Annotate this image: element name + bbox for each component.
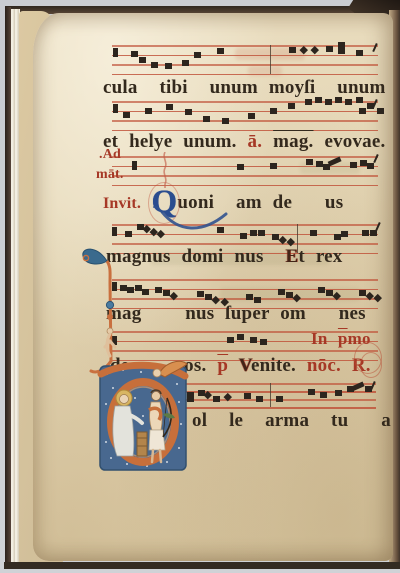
divider-bar: [270, 383, 271, 407]
neume-square: [203, 116, 210, 122]
neume-square: [182, 60, 189, 66]
neume-square: [185, 109, 192, 115]
rubric-text: In: [311, 329, 338, 348]
rubric-text: ā.: [248, 131, 263, 152]
staff-line: [112, 166, 378, 168]
neume-square: [360, 160, 367, 166]
neume-square: [123, 112, 130, 118]
clef-mark: [132, 166, 137, 171]
neume-square: [338, 48, 345, 54]
chant-text: V: [239, 355, 251, 376]
neume-square: [217, 48, 224, 54]
neume-square: [377, 108, 384, 114]
chant-text: t rex: [298, 246, 342, 267]
neume-diamond: [293, 294, 301, 302]
neume-square: [125, 231, 132, 237]
chant-line-5: mag nus ſuper om nes: [106, 304, 366, 325]
neume-square: [270, 163, 277, 169]
staff-line: [112, 74, 378, 76]
staff-line: [112, 243, 378, 245]
music-staff: [112, 45, 378, 76]
neume-square: [166, 104, 173, 110]
neume-diamond: [287, 238, 295, 246]
neume-square: [237, 164, 244, 170]
neume-square: [240, 233, 247, 239]
neume-square: [254, 297, 261, 303]
neume-square: [142, 289, 149, 295]
historiated-initial-T: [97, 358, 189, 478]
rubric-text: p: [217, 355, 228, 376]
staff-line: [112, 55, 378, 57]
neume-square: [155, 287, 162, 293]
margin-rubric-mat: māt.: [96, 167, 124, 182]
neume-square: [260, 339, 267, 345]
neume-square: [278, 289, 285, 295]
neume-square: [127, 287, 134, 293]
chant-text: cula tibi unum moyſi unum: [103, 77, 386, 98]
divider-bar: [270, 45, 271, 74]
neume-square: [276, 396, 283, 402]
music-staff: [112, 101, 378, 132]
rubric-text: .Ad: [99, 147, 121, 162]
neume-square: [227, 337, 234, 343]
neume-square: [250, 337, 257, 343]
neume-oblique: [328, 156, 342, 165]
neume-square: [308, 389, 315, 395]
neume-square: [213, 396, 220, 402]
staff-line: [112, 279, 378, 281]
chant-line-2: et helye unum. ā. mag. evovae.: [103, 132, 385, 153]
rubric-text: nōc.: [307, 355, 352, 376]
neume-square: [222, 118, 229, 124]
rubric-text: Invit.: [103, 195, 151, 212]
neume-square: [246, 294, 253, 300]
neume-square: [289, 47, 296, 53]
custos-tick: [370, 381, 375, 390]
chant-text: mag.: [273, 131, 313, 152]
neume-square: [318, 287, 325, 293]
neume-square: [306, 159, 313, 165]
neume-square: [248, 113, 255, 119]
neume-square: [305, 99, 312, 105]
neume-square: [145, 108, 152, 114]
staff-line: [186, 407, 376, 409]
manuscript-content-layer: cula tibi unum moyſi unumet helye unum. …: [0, 0, 400, 573]
clef-mark: [113, 53, 118, 58]
neume-square: [341, 231, 348, 237]
chant-text: ol le arma tu a: [192, 410, 391, 431]
neume-square: [334, 234, 341, 240]
neume-square: [258, 230, 265, 236]
neume-square: [325, 99, 332, 105]
altar-tree: [137, 432, 147, 456]
neume-square: [335, 390, 342, 396]
neume-square: [151, 62, 158, 68]
clef-mark: [113, 109, 118, 114]
chant-text: evovae.: [314, 131, 386, 152]
neume-square: [326, 46, 333, 52]
neume-square: [367, 163, 374, 169]
chant-text: mag nus ſuper om nes: [106, 303, 366, 324]
neume-square: [356, 50, 363, 56]
neume-square: [165, 63, 172, 69]
neume-square: [316, 161, 323, 167]
neume-square: [139, 57, 146, 63]
rubric-text: māt.: [96, 167, 124, 182]
chant-text: et helye unum.: [103, 131, 248, 152]
neume-square: [270, 108, 277, 114]
neume-square: [244, 393, 251, 399]
staff-line: [112, 175, 378, 177]
music-staff: [112, 156, 378, 187]
music-staff: [186, 383, 376, 409]
chant-line-7: ol le arma tu a: [192, 411, 391, 432]
staff-line: [112, 350, 378, 352]
neume-square: [350, 162, 357, 168]
neume-square: [197, 291, 204, 297]
neume-diamond: [300, 46, 308, 54]
angel-head: [153, 369, 161, 377]
initial-q-pen-flourish: [150, 206, 230, 240]
neume-square: [345, 99, 352, 105]
neume-square: [194, 52, 201, 58]
chant-text: enite.: [251, 355, 307, 376]
neume-square: [288, 103, 295, 109]
chant-line-1: cula tibi unum moyſi unum: [103, 78, 386, 99]
chant-text: magnus domi nus: [106, 246, 285, 267]
neume-square: [131, 51, 138, 57]
neume-square: [135, 285, 142, 291]
penwork-circle-ornament: [360, 352, 382, 378]
staff-line: [186, 383, 376, 385]
neume-diamond: [374, 294, 382, 302]
neume-square: [359, 108, 366, 114]
neume-square: [320, 392, 327, 398]
chant-text: [228, 355, 239, 376]
neume-square: [237, 334, 244, 340]
chant-text: [262, 131, 273, 152]
rubric-text: p: [338, 329, 348, 348]
neume-square: [362, 230, 369, 236]
chant-line-4: magnus domi nus Et rex: [106, 247, 342, 268]
staff-line: [112, 289, 378, 291]
neume-square: [250, 230, 257, 236]
staff-line: [112, 120, 378, 122]
clef-mark: [112, 232, 117, 237]
neume-diamond: [311, 46, 319, 54]
red-line-filler-ornament: [160, 152, 170, 188]
neume-square: [256, 396, 263, 402]
chant-text: E: [285, 246, 298, 267]
neume-square: [310, 230, 317, 236]
margin-rubric-ad: .Ad: [99, 147, 121, 162]
blue-leaf-ornament: [83, 249, 107, 264]
